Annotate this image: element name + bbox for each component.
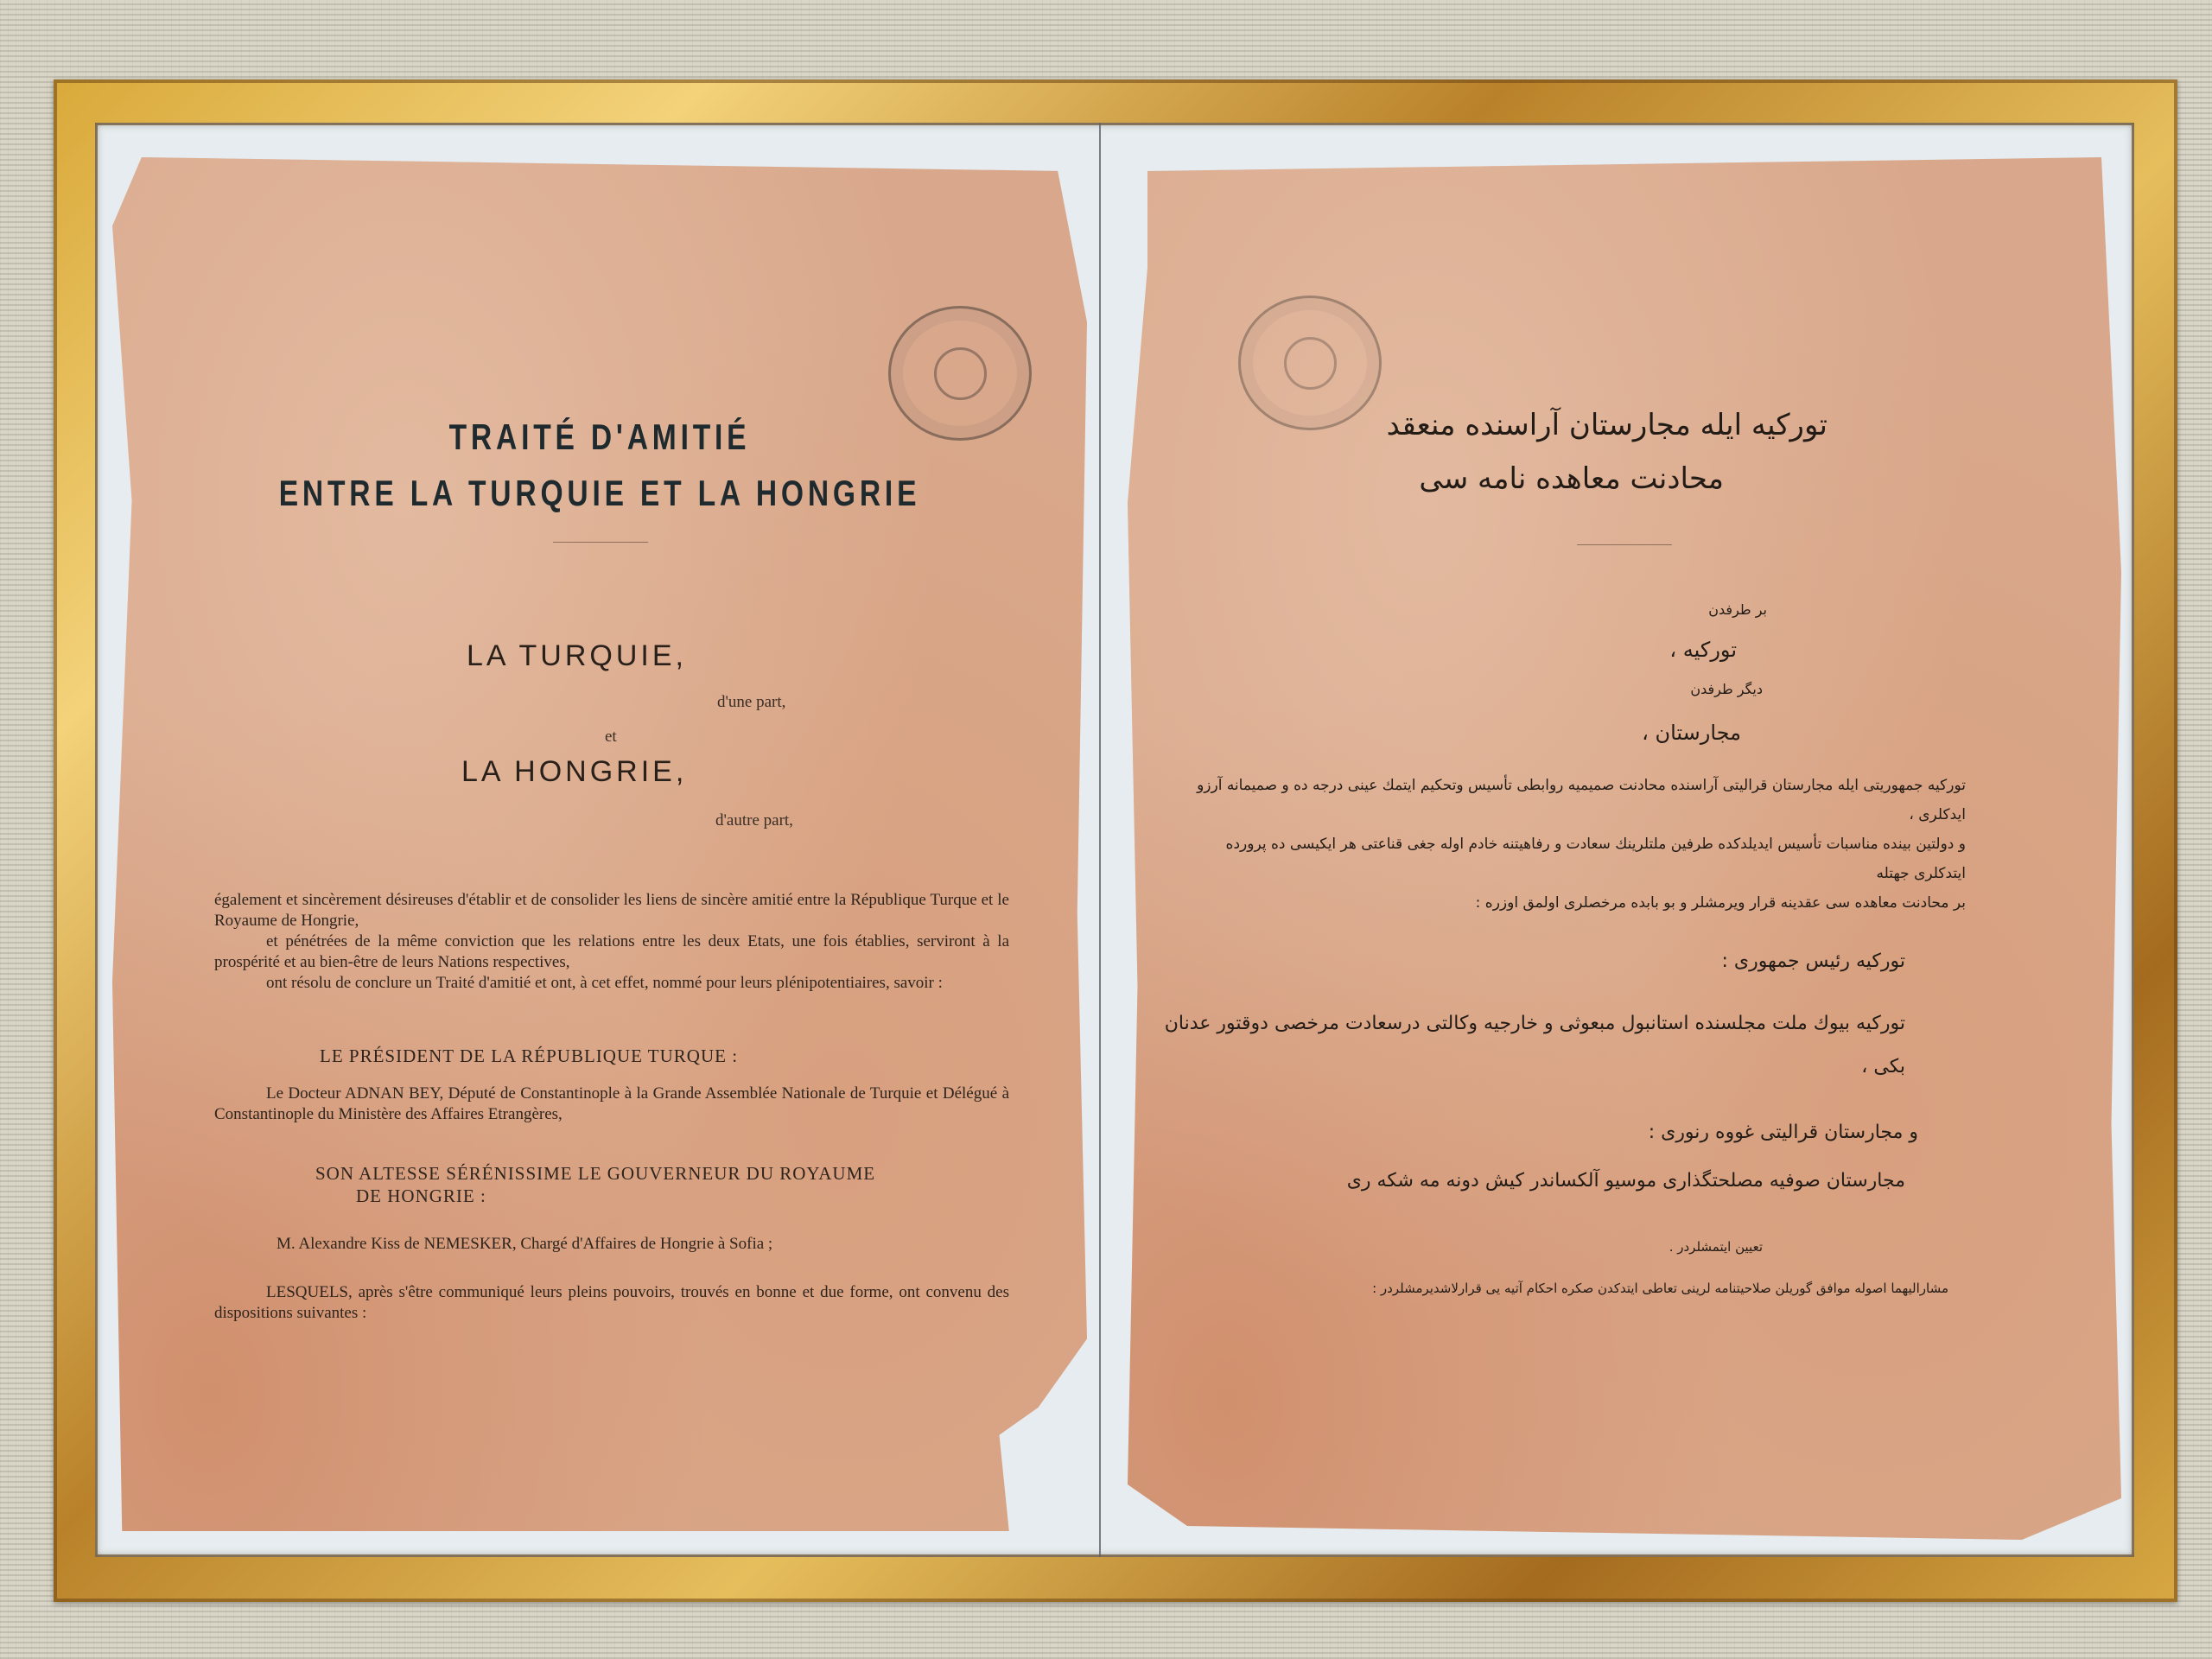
treaty-title: توركیه ایله مجارستان آراسنده منعقد <box>1387 408 1827 442</box>
appointed-note: تعیین ایتمشلردر . <box>1669 1239 1763 1255</box>
treaty-title: TRAITÉ D'AMITIÉ <box>210 416 989 458</box>
closing-clause: مشارالیهما اصوله موافق گوریلن صلاحیتنامه… <box>1372 1281 1948 1296</box>
plenipotentiary-turkey: Le Docteur ADNAN BEY, Député de Constant… <box>214 1084 1009 1125</box>
plenipotentiary-hungary: مجارستان صوفیه مصلحتگذاری موسیو آلكساندر… <box>1347 1170 1905 1192</box>
title-rule <box>1577 544 1672 545</box>
title-rule <box>553 542 648 543</box>
page-divider <box>1099 123 1101 1557</box>
party-turkey-note: d'une part, <box>717 693 785 712</box>
closing-clause: LESQUELS, après s'être communiqué leurs … <box>214 1282 1009 1324</box>
plenipotentiary-heading-hungary: SON ALTESSE SÉRÉNISSIME LE GOUVERNEUR DU… <box>315 1163 875 1185</box>
conjunction: et <box>605 728 617 747</box>
plenipotentiary-heading-hungary: و مجارستان قرالیتی غووه رنوری : <box>1649 1122 1918 1143</box>
preamble: توركیه جمهوریتی ایله مجارستان قرالیتی آر… <box>1188 771 1966 918</box>
party-turkey-note: بر طرفدن <box>1708 601 1767 618</box>
preamble-paragraph: توركیه جمهوریتی ایله مجارستان قرالیتی آر… <box>1188 771 1966 829</box>
plenipotentiary-heading-hungary-cont: DE HONGRIE : <box>356 1185 486 1207</box>
treaty-subtitle: ENTRE LA TURQUIE ET LA HONGRIE <box>210 473 989 514</box>
picture-frame: TRAITÉ D'AMITIÉ ENTRE LA TURQUIE ET LA H… <box>54 79 2177 1602</box>
plenipotentiary-turkey: توركیه بیوك ملت مجلسنده استانبول مبعوثی … <box>1145 1002 1905 1089</box>
party-hungary: مجارستان ، <box>1642 721 1741 745</box>
preamble-paragraph: également et sincèrement désireuses d'ét… <box>214 890 1009 931</box>
ottoman-treaty-page: توركیه ایله مجارستان آراسنده منعقد محادن… <box>1128 157 2121 1540</box>
plenipotentiary-heading-turkey: توركیه رئیس جمهوری : <box>1721 950 1905 972</box>
party-turkey: LA TURQUIE, <box>467 639 687 673</box>
treaty-subtitle: محادنت معاهده نامه سی <box>1419 461 1724 496</box>
official-seal-icon <box>1238 296 1382 430</box>
party-turkey: توركیه ، <box>1669 638 1737 662</box>
plenipotentiary-hungary: M. Alexandre Kiss de NEMESKER, Chargé d'… <box>276 1234 1071 1255</box>
plenipotentiary-heading-turkey: LE PRÉSIDENT DE LA RÉPUBLIQUE TURQUE : <box>320 1046 738 1067</box>
preamble-paragraph: بر محادنت معاهده سی عقدینه قرار ویرمشلر … <box>1188 888 1966 918</box>
party-hungary-note: دیگر طرفدن <box>1690 681 1763 697</box>
preamble-paragraph: et pénétrées de la même conviction que l… <box>214 931 1009 973</box>
french-treaty-page: TRAITÉ D'AMITIÉ ENTRE LA TURQUIE ET LA H… <box>112 157 1087 1531</box>
party-hungary-note: d'autre part, <box>715 811 793 830</box>
preamble-paragraph: و دولتین بینده مناسبات تأسیس ایدیلدكده ط… <box>1188 829 1966 888</box>
preamble: également et sincèrement désireuses d'ét… <box>214 890 1009 994</box>
party-hungary: LA HONGRIE, <box>461 755 687 789</box>
preamble-paragraph: ont résolu de conclure un Traité d'amiti… <box>214 973 1009 994</box>
frame-backing: TRAITÉ D'AMITIÉ ENTRE LA TURQUIE ET LA H… <box>95 123 2134 1557</box>
